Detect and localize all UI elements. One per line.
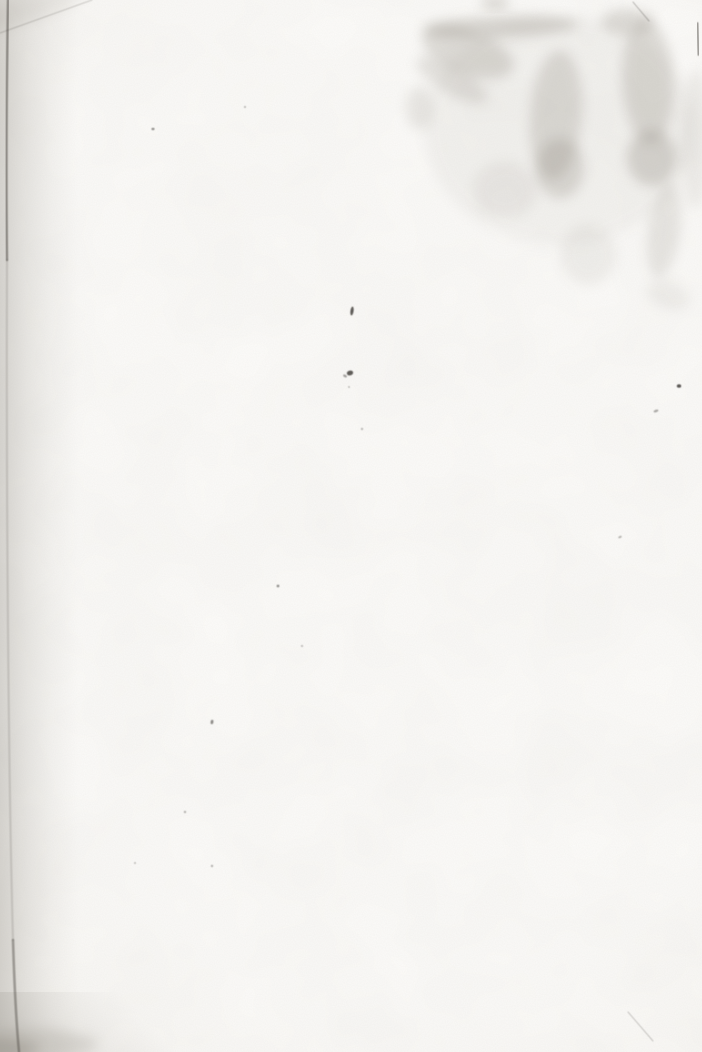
scanned-page <box>0 0 702 1052</box>
paper-grain-texture <box>0 0 702 1052</box>
page-marks-layer <box>0 0 702 1052</box>
